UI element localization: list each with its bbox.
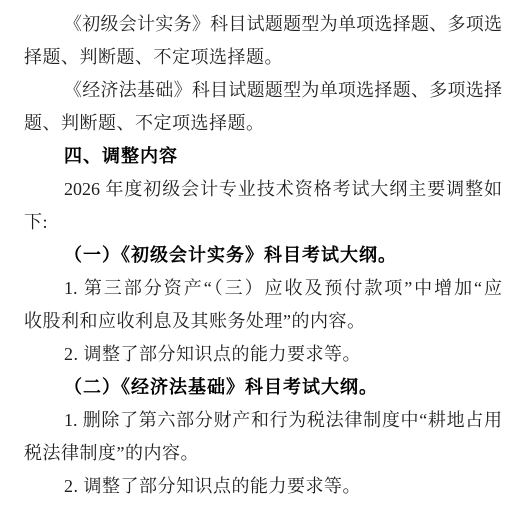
paragraph-line: 下: [24, 206, 502, 239]
paragraph-line: 择题、判断题、不定项选择题。 [24, 41, 502, 74]
paragraph-line: 《经济法基础》科目试题题型为单项选择题、多项选择 [24, 74, 502, 107]
paragraph-line: 《初级会计实务》科目试题题型为单项选择题、多项选 [24, 8, 502, 41]
section-heading-adjustment-content: 四、调整内容 [24, 140, 502, 173]
subheading-practice-syllabus: （一）《初级会计实务》科目考试大纲。 [24, 239, 502, 272]
paragraph-line: 收股利和应收利息及其账务处理”的内容。 [24, 305, 502, 338]
document-page: { "page": { "background_color": "#ffffff… [0, 0, 514, 514]
paragraph-line: 1. 删除了第六部分财产和行为税法律制度中“耕地占用 [24, 404, 502, 437]
paragraph-line: 2. 调整了部分知识点的能力要求等。 [24, 470, 502, 503]
paragraph-line: 2. 调整了部分知识点的能力要求等。 [24, 338, 502, 371]
document-text-block: 《初级会计实务》科目试题题型为单项选择题、多项选 择题、判断题、不定项选择题。 … [24, 8, 502, 503]
paragraph-line: 税法律制度”的内容。 [24, 437, 502, 470]
subheading-economic-law-syllabus: （二）《经济法基础》科目考试大纲。 [24, 371, 502, 404]
paragraph-line: 1. 第三部分资产“（三）应收及预付款项”中增加“应 [24, 272, 502, 305]
paragraph-line: 2026 年度初级会计专业技术资格考试大纲主要调整如 [24, 173, 502, 206]
paragraph-line: 题、判断题、不定项选择题。 [24, 107, 502, 140]
